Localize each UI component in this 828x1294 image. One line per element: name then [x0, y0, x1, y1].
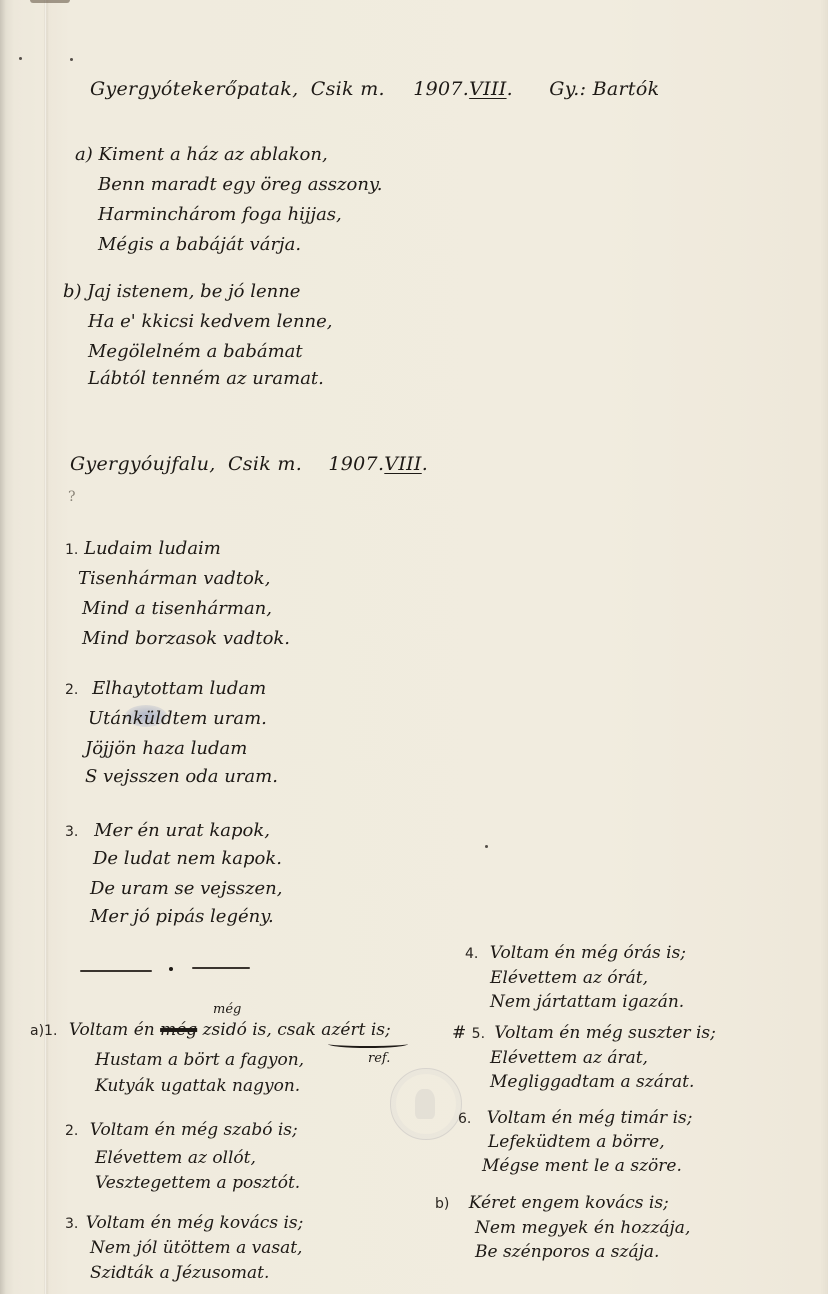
year: 1907. [413, 78, 469, 100]
library-stamp [390, 1068, 462, 1140]
stanza-number: 5. [472, 1026, 485, 1042]
stanza-2-line-2: Utánküldtem uram. [88, 710, 267, 728]
place-name: Gyergyóujfalu, [70, 453, 216, 475]
stanza-2-line-4: S vejsszen oda uram. [85, 768, 278, 786]
stanza-2-line-3: Jöjjön haza ludam [85, 740, 247, 758]
stanza-number: 2. [65, 1123, 78, 1139]
month: VIII [469, 78, 506, 100]
left-stanza-1-line-1: a)1. Voltam én még zsidó is, csak azért … [30, 1022, 391, 1039]
stanza-number: a)1. [30, 1023, 57, 1039]
month: VIII [384, 453, 421, 475]
verse-b-line-1: b) Jaj istenem, be jó lenne [63, 283, 300, 301]
right-stanza-b-line-1: b) Kéret engem kovács is; [435, 1195, 669, 1212]
left-stanza-2-line-3: Vesztegettem a posztót. [95, 1175, 300, 1192]
paper-speck [485, 845, 488, 848]
stanza-1-line-1: 1. Ludaim ludaim [65, 540, 221, 558]
year: 1907. [328, 453, 384, 475]
left-stanza-3-line-1: 3. Voltam én még kovács is; [65, 1215, 303, 1232]
right-stanza-4-line-3: Nem jártattam igazán. [490, 994, 684, 1011]
stanza-1-line-4: Mind borzasok vadtok. [82, 630, 290, 648]
right-stanza-6-line-1: 6. Voltam én még timár is; [458, 1110, 692, 1127]
inserted-word: még [213, 1003, 241, 1016]
left-stanza-2-line-1: 2. Voltam én még szabó is; [65, 1122, 298, 1139]
right-stanza-b-line-3: Be szénporos a szája. [475, 1244, 659, 1261]
refrain-note: ref. [368, 1052, 390, 1065]
stanza-number: 4. [465, 946, 478, 962]
stanza-3-line-1: 3. Mer én urat kapok, [65, 822, 270, 840]
manuscript-page: Gyergyótekerőpatak, Csik m. 1907.VIII. G… [0, 0, 828, 1294]
separator-line-left [80, 970, 152, 972]
right-stanza-4-line-2: Elévettem az órát, [490, 970, 648, 987]
county: Csik m. [228, 453, 302, 475]
stanza-1-line-2: Tisenhárman vadtok, [78, 570, 270, 588]
left-stanza-3-line-2: Nem jól ütöttem a vasat, [90, 1240, 302, 1257]
right-stanza-5-line-2: Elévettem az árat, [490, 1050, 648, 1067]
verse-b-line-2: Ha e' kkicsi kedvem lenne, [88, 313, 333, 331]
stanza-number: 1. [65, 542, 78, 558]
left-stanza-1-line-3: Kutyák ugattak nagyon. [95, 1078, 300, 1095]
paper-speck [70, 58, 73, 61]
query-mark: ? [68, 490, 76, 504]
struck-word: még [160, 1020, 197, 1040]
page-fold [44, 0, 47, 1294]
collector: Gy.: Bartók [549, 78, 659, 100]
refrain-brace [328, 1040, 408, 1048]
right-stanza-4-line-1: 4. Voltam én még órás is; [465, 945, 686, 962]
left-stanza-3-line-3: Szidták a Jézusomat. [90, 1265, 269, 1282]
section1-header: Gyergyótekerőpatak, Csik m. 1907.VIII. G… [90, 80, 659, 99]
verse-b-line-3: Megölelném a babámat [88, 343, 303, 361]
right-stanza-5-line-1: # 5. Voltam én még suszter is; [452, 1025, 716, 1042]
right-stanza-b-line-2: Nem megyek én hozzája, [475, 1220, 690, 1237]
verse-label: b) [63, 281, 82, 302]
stanza-number: 2. [65, 682, 78, 698]
verse-a-line-4: Mégis a babáját várja. [98, 236, 301, 254]
stanza-number: b) [435, 1196, 449, 1212]
stanza-1-line-3: Mind a tisenhárman, [82, 600, 272, 618]
right-stanza-6-line-2: Lefeküdtem a börre, [488, 1134, 665, 1151]
verse-b-line-4: Lábtól tenném az uramat. [88, 370, 324, 388]
verse-a-line-2: Benn maradt egy öreg asszony. [98, 176, 382, 194]
place-name: Gyergyótekerőpatak, [90, 78, 298, 100]
verse-a-line-3: Harminchárom foga hijjas, [98, 206, 342, 224]
paper-speck [19, 57, 22, 60]
stanza-number: 3. [65, 824, 78, 840]
separator-dot [169, 967, 173, 971]
stamp-emblem [415, 1089, 435, 1119]
left-stanza-2-line-2: Elévettem az ollót, [95, 1150, 256, 1167]
stanza-3-line-2: De ludat nem kapok. [93, 850, 282, 868]
county: Csik m. [311, 78, 385, 100]
refrain: csak azért is; [277, 1020, 391, 1040]
verse-label: a) [75, 144, 93, 165]
stanza-3-line-4: Mer jó pipás legény. [90, 908, 274, 926]
stanza-number: 3. [65, 1216, 78, 1232]
stanza-3-line-3: De uram se vejsszen, [90, 880, 282, 898]
verse-a-line-1: a) Kiment a ház az ablakon, [75, 146, 328, 164]
section2-header: Gyergyóujfalu, Csik m. 1907.VIII. [70, 455, 428, 474]
right-stanza-6-line-3: Mégse ment le a szöre. [482, 1158, 682, 1175]
binding-shadow [30, 0, 70, 3]
right-stanza-5-line-3: Megliggadtam a szárat. [490, 1074, 694, 1091]
cancel-mark: # [452, 1023, 466, 1043]
stanza-number: 6. [458, 1111, 471, 1127]
separator-line-right [192, 967, 250, 969]
left-stanza-1-line-2: Hustam a bört a fagyon, [95, 1052, 304, 1069]
stanza-2-line-1: 2. Elhaytottam ludam [65, 680, 266, 698]
